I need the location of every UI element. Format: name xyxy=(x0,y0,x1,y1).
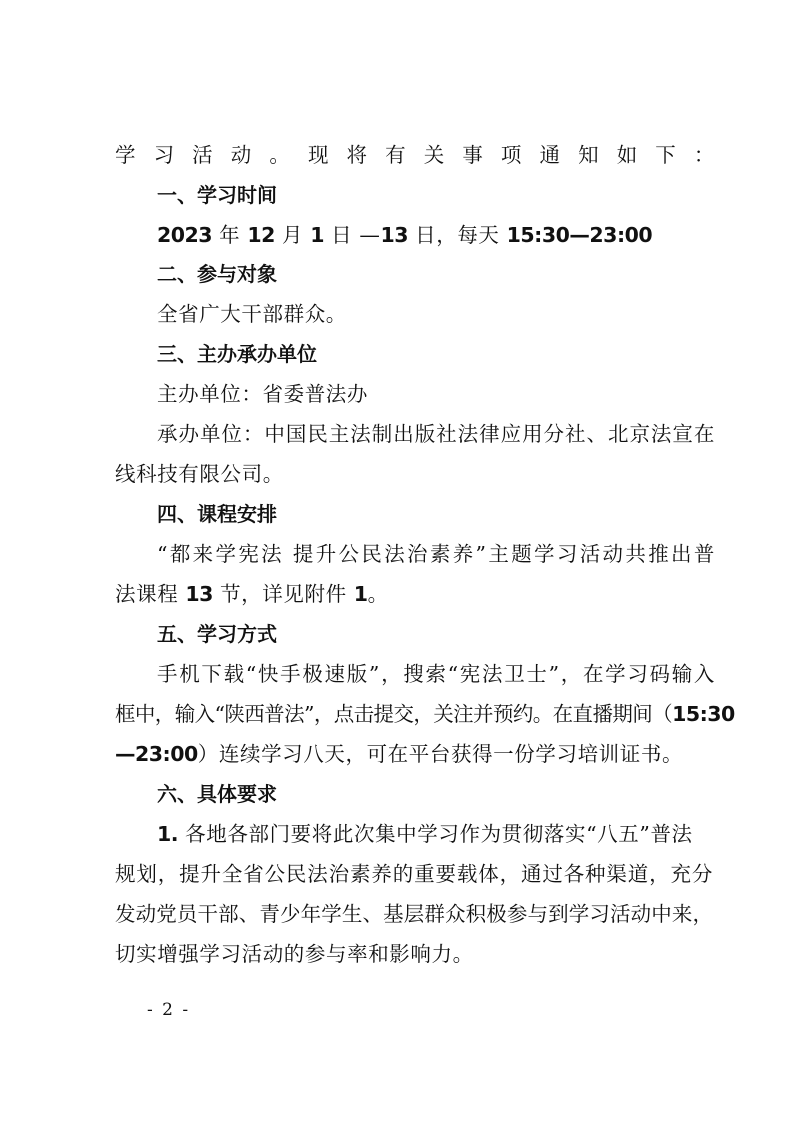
start-day: 1 xyxy=(310,223,324,247)
text: 法课程 xyxy=(115,582,185,606)
method-text-cont2: —23:00）连续学习八天，可在平台获得一份学习培训证书。 xyxy=(115,740,715,768)
text: 节，详见附件 xyxy=(213,582,354,606)
requirement-1-text-cont3: 切实增强学习活动的参与率和影响力。 xyxy=(115,940,715,968)
page-number: - 2 - xyxy=(147,1000,190,1020)
section-heading-requirements: 六、具体要求 xyxy=(157,780,757,808)
daily-time-range: 15:30—23:00 xyxy=(507,223,653,247)
study-time-value: 2023 年 12 月 1 日 —13 日，每天 15:30—23:00 xyxy=(157,221,757,249)
text: 各地各部门要将此次集中学习作为贯彻落实“八五”普法 xyxy=(178,822,693,846)
end-day: 13 xyxy=(380,223,408,247)
text: 日，每天 xyxy=(408,223,507,247)
text: 月 xyxy=(275,223,310,247)
requirement-1-text-cont2: 发动党员干部、青少年学生、基层群众积极参与到学习活动中来， xyxy=(115,900,713,928)
host-unit-text: 主办单位：省委普法办 xyxy=(157,380,757,408)
courses-text: “都来学宪法 提升公民法治素养”主题学习活动共推出普 xyxy=(157,540,715,568)
requirement-1-text: 1. 各地各部门要将此次集中学习作为贯彻落实“八五”普法 xyxy=(157,820,715,848)
requirement-1-text-cont: 规划，提升全省公民法治素养的重要载体，通过各种渠道，充分 xyxy=(115,860,713,888)
document-page: 学习活动。现将有关事项通知如下： 一、学习时间 2023 年 12 月 1 日 … xyxy=(0,0,794,1123)
live-start-time: 15:30 xyxy=(672,702,735,726)
course-count: 13 xyxy=(185,582,213,606)
text: ）连续学习八天，可在平台获得一份学习培训证书。 xyxy=(198,742,683,766)
section-heading-participants: 二、参与对象 xyxy=(157,260,757,288)
section-heading-organizers: 三、主办承办单位 xyxy=(157,340,757,368)
participants-text: 全省广大干部群众。 xyxy=(157,300,757,328)
section-heading-method: 五、学习方式 xyxy=(157,620,757,648)
live-end-time: —23:00 xyxy=(115,742,198,766)
method-text: 手机下载“快手极速版”，搜索“宪法卫士”，在学习码输入 xyxy=(157,660,715,688)
month: 12 xyxy=(247,223,275,247)
section-heading-study-time: 一、学习时间 xyxy=(157,181,757,209)
organizer-unit-text: 承办单位：中国民主法制出版社法律应用分社、北京法宣在 xyxy=(157,420,715,448)
attachment-number: 1 xyxy=(354,582,368,606)
text: 年 xyxy=(212,223,247,247)
courses-text-cont: 法课程 13 节，详见附件 1。 xyxy=(115,580,715,608)
text: 日 — xyxy=(324,223,380,247)
text: 。 xyxy=(368,582,389,606)
organizer-unit-text-cont: 线科技有限公司。 xyxy=(115,460,715,488)
method-text-cont: 框中，输入“陕西普法”，点击提交，关注并预约。在直播期间（15:30 xyxy=(115,700,713,728)
text: 框中，输入“陕西普法”，点击提交，关注并预约。在直播期间（ xyxy=(115,702,672,726)
section-heading-courses: 四、课程安排 xyxy=(157,500,757,528)
item-number: 1. xyxy=(157,822,178,846)
year: 2023 xyxy=(157,223,212,247)
body-text-line: 学习活动。现将有关事项通知如下： xyxy=(115,141,715,169)
